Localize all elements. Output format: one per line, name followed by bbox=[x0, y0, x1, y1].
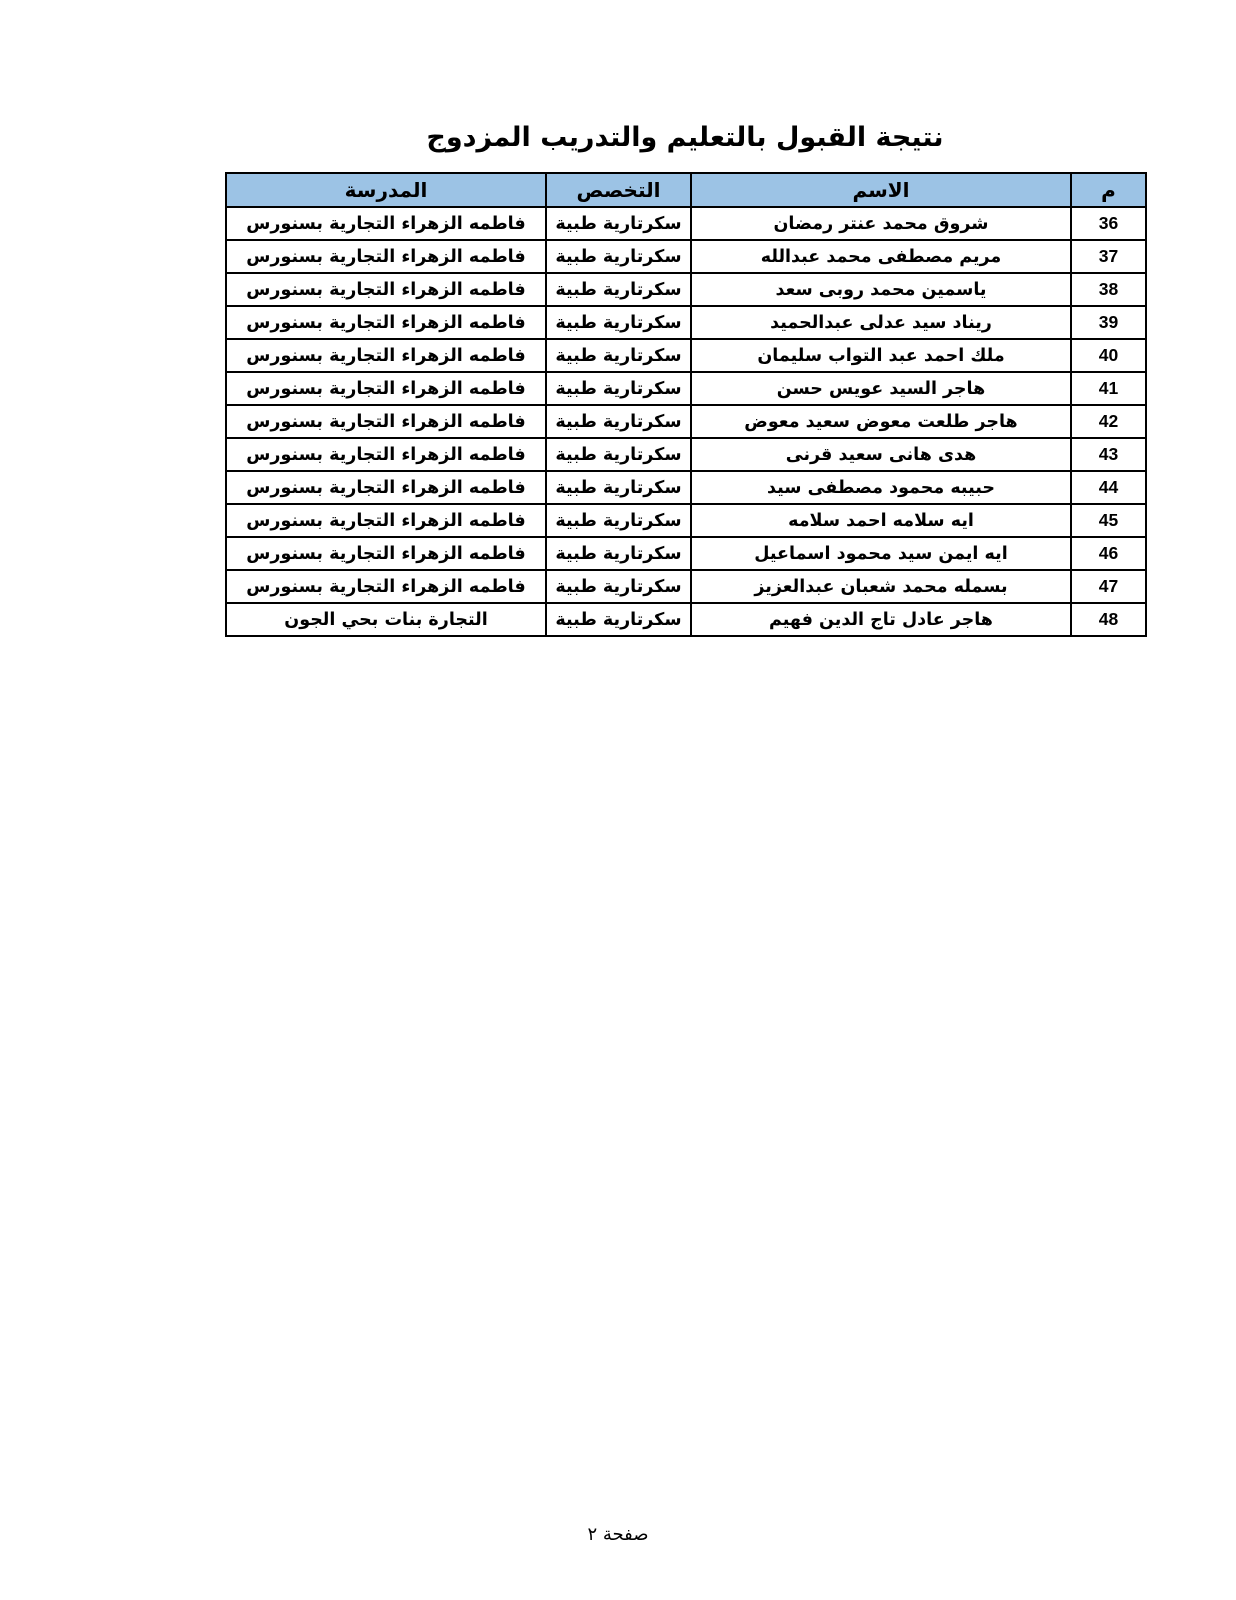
specialization: سكرتارية طبية bbox=[546, 240, 691, 273]
school-name: فاطمه الزهراء التجارية بسنورس bbox=[226, 471, 546, 504]
specialization: سكرتارية طبية bbox=[546, 306, 691, 339]
specialization: سكرتارية طبية bbox=[546, 273, 691, 306]
specialization: سكرتارية طبية bbox=[546, 504, 691, 537]
row-serial: 43 bbox=[1071, 438, 1146, 471]
col-header-name: الاسم bbox=[691, 173, 1071, 207]
row-serial: 40 bbox=[1071, 339, 1146, 372]
specialization: سكرتارية طبية bbox=[546, 471, 691, 504]
table-row: 44حبيبه محمود مصطفى سيدسكرتارية طبيةفاطم… bbox=[226, 471, 1146, 504]
table-row: 43هدى هانى سعيد قرنىسكرتارية طبيةفاطمه ا… bbox=[226, 438, 1146, 471]
student-name: شروق محمد عنتر رمضان bbox=[691, 207, 1071, 240]
row-serial: 47 bbox=[1071, 570, 1146, 603]
header-row: م الاسم التخصص المدرسة bbox=[226, 173, 1146, 207]
table-row: 45ايه سلامه احمد سلامهسكرتارية طبيةفاطمه… bbox=[226, 504, 1146, 537]
table-row: 47بسمله محمد شعبان عبدالعزيزسكرتارية طبي… bbox=[226, 570, 1146, 603]
school-name: فاطمه الزهراء التجارية بسنورس bbox=[226, 570, 546, 603]
row-serial: 36 bbox=[1071, 207, 1146, 240]
school-name: التجارة بنات بحي الجون bbox=[226, 603, 546, 636]
student-name: حبيبه محمود مصطفى سيد bbox=[691, 471, 1071, 504]
student-name: هاجر السيد عويس حسن bbox=[691, 372, 1071, 405]
specialization: سكرتارية طبية bbox=[546, 570, 691, 603]
school-name: فاطمه الزهراء التجارية بسنورس bbox=[226, 339, 546, 372]
student-name: هاجر عادل تاج الدين فهيم bbox=[691, 603, 1071, 636]
document-page: نتيجة القبول بالتعليم والتدريب المزدوج م… bbox=[0, 0, 1236, 1600]
student-name: بسمله محمد شعبان عبدالعزيز bbox=[691, 570, 1071, 603]
row-serial: 37 bbox=[1071, 240, 1146, 273]
row-serial: 38 bbox=[1071, 273, 1146, 306]
school-name: فاطمه الزهراء التجارية بسنورس bbox=[226, 537, 546, 570]
table-row: 42هاجر طلعت معوض سعيد معوضسكرتارية طبيةف… bbox=[226, 405, 1146, 438]
school-name: فاطمه الزهراء التجارية بسنورس bbox=[226, 438, 546, 471]
school-name: فاطمه الزهراء التجارية بسنورس bbox=[226, 273, 546, 306]
school-name: فاطمه الزهراء التجارية بسنورس bbox=[226, 405, 546, 438]
table-row: 40ملك احمد عبد التواب سليمانسكرتارية طبي… bbox=[226, 339, 1146, 372]
specialization: سكرتارية طبية bbox=[546, 603, 691, 636]
row-serial: 45 bbox=[1071, 504, 1146, 537]
row-serial: 41 bbox=[1071, 372, 1146, 405]
school-name: فاطمه الزهراء التجارية بسنورس bbox=[226, 306, 546, 339]
table-row: 36شروق محمد عنتر رمضانسكرتارية طبيةفاطمه… bbox=[226, 207, 1146, 240]
results-table: م الاسم التخصص المدرسة 36شروق محمد عنتر … bbox=[225, 172, 1147, 637]
specialization: سكرتارية طبية bbox=[546, 405, 691, 438]
table-row: 38ياسمين محمد روبى سعدسكرتارية طبيةفاطمه… bbox=[226, 273, 1146, 306]
page-title: نتيجة القبول بالتعليم والتدريب المزدوج bbox=[225, 122, 1145, 153]
table-row: 48هاجر عادل تاج الدين فهيمسكرتارية طبيةا… bbox=[226, 603, 1146, 636]
col-header-serial: م bbox=[1071, 173, 1146, 207]
page-number: صفحة ٢ bbox=[0, 1524, 1236, 1545]
student-name: ايه ايمن سيد محمود اسماعيل bbox=[691, 537, 1071, 570]
results-table-body: 36شروق محمد عنتر رمضانسكرتارية طبيةفاطمه… bbox=[226, 207, 1146, 636]
col-header-school: المدرسة bbox=[226, 173, 546, 207]
table-row: 39ريناد سيد عدلى عبدالحميدسكرتارية طبيةف… bbox=[226, 306, 1146, 339]
row-serial: 48 bbox=[1071, 603, 1146, 636]
table-row: 46ايه ايمن سيد محمود اسماعيلسكرتارية طبي… bbox=[226, 537, 1146, 570]
student-name: هدى هانى سعيد قرنى bbox=[691, 438, 1071, 471]
student-name: مريم مصطفى محمد عبدالله bbox=[691, 240, 1071, 273]
col-header-specialization: التخصص bbox=[546, 173, 691, 207]
table-row: 37مريم مصطفى محمد عبداللهسكرتارية طبيةفا… bbox=[226, 240, 1146, 273]
student-name: هاجر طلعت معوض سعيد معوض bbox=[691, 405, 1071, 438]
row-serial: 39 bbox=[1071, 306, 1146, 339]
specialization: سكرتارية طبية bbox=[546, 207, 691, 240]
row-serial: 42 bbox=[1071, 405, 1146, 438]
student-name: ملك احمد عبد التواب سليمان bbox=[691, 339, 1071, 372]
results-table-header: م الاسم التخصص المدرسة bbox=[226, 173, 1146, 207]
school-name: فاطمه الزهراء التجارية بسنورس bbox=[226, 240, 546, 273]
specialization: سكرتارية طبية bbox=[546, 339, 691, 372]
row-serial: 44 bbox=[1071, 471, 1146, 504]
specialization: سكرتارية طبية bbox=[546, 372, 691, 405]
school-name: فاطمه الزهراء التجارية بسنورس bbox=[226, 504, 546, 537]
school-name: فاطمه الزهراء التجارية بسنورس bbox=[226, 372, 546, 405]
row-serial: 46 bbox=[1071, 537, 1146, 570]
specialization: سكرتارية طبية bbox=[546, 537, 691, 570]
specialization: سكرتارية طبية bbox=[546, 438, 691, 471]
school-name: فاطمه الزهراء التجارية بسنورس bbox=[226, 207, 546, 240]
student-name: ايه سلامه احمد سلامه bbox=[691, 504, 1071, 537]
table-row: 41هاجر السيد عويس حسنسكرتارية طبيةفاطمه … bbox=[226, 372, 1146, 405]
student-name: ريناد سيد عدلى عبدالحميد bbox=[691, 306, 1071, 339]
student-name: ياسمين محمد روبى سعد bbox=[691, 273, 1071, 306]
